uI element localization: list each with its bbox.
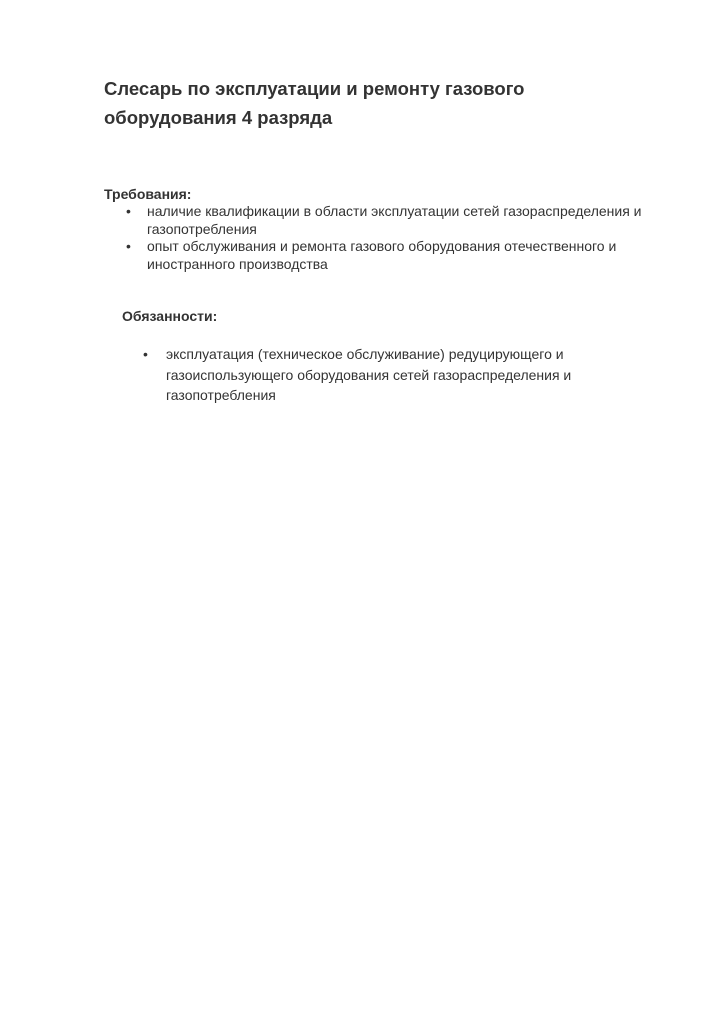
bullet-icon: • [126,203,131,221]
bullet-icon: • [143,344,148,365]
responsibilities-heading: Обязанности: [122,308,217,325]
document-title: Слесарь по эксплуатации и ремонту газово… [104,74,624,132]
requirements-heading: Требования: [104,186,191,203]
responsibilities-list: • эксплуатация (техническое обслуживание… [122,344,602,406]
bullet-icon: • [126,238,131,256]
list-item: • наличие квалификации в области эксплуа… [104,203,684,238]
list-item-text: наличие квалификации в области эксплуата… [147,203,642,237]
list-item: • опыт обслуживания и ремонта газового о… [104,238,684,273]
requirements-list: • наличие квалификации в области эксплуа… [104,203,684,273]
list-item: • эксплуатация (техническое обслуживание… [122,344,602,406]
list-item-text: эксплуатация (техническое обслуживание) … [166,346,571,403]
list-item-text: опыт обслуживания и ремонта газового обо… [147,238,616,272]
